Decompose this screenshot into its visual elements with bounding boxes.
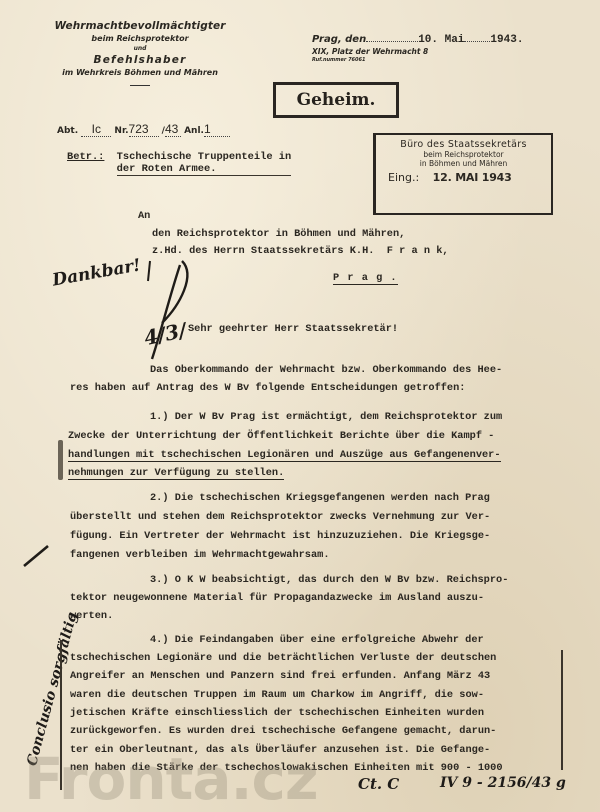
reference-line: Abt. Ic Nr.723 /43 Anl.1 (57, 122, 230, 137)
letterhead-line3: und (40, 45, 240, 52)
subject-label: Betr.: (67, 151, 104, 163)
classification-stamp: Geheim. (273, 82, 399, 118)
date-day: 10. Mai (418, 34, 464, 46)
p2-line2: überstellt und stehen dem Reichsprotekto… (70, 511, 490, 523)
subject-block: Betr.: Tschechische Truppenteile in der … (67, 151, 291, 176)
letterhead-line2: beim Reichsprotektor (40, 34, 240, 43)
ref-year: 43 (165, 122, 178, 136)
receipt-stamp: Büro des Staatssekretärs beim Reichsprot… (373, 133, 553, 215)
p2-line4: fangenen verbleiben im Wehrmachtgewahrsa… (70, 549, 330, 561)
stamp-date: 12. MAI 1943 (433, 171, 512, 184)
letterhead-line1: Wehrmachtbevollmächtigter (40, 20, 240, 32)
watermark: Fronta.cz (24, 745, 318, 812)
p3-line2: tektor neugewonnene Material für Propaga… (70, 592, 484, 604)
letterhead: Wehrmachtbevollmächtigter beim Reichspro… (40, 20, 240, 86)
right-margin-line (561, 650, 563, 770)
nr-value: 723 (129, 122, 149, 136)
p4-line3: Angreifer an Menschen und Panzern sind f… (70, 670, 490, 682)
margin-mark-bar (58, 440, 63, 480)
recipient-to: An (138, 210, 150, 222)
anl-value: 1 (204, 122, 211, 136)
abt-label: Abt. (57, 126, 78, 136)
recipient-line1: den Reichsprotektor in Böhmen und Mähren… (152, 228, 405, 240)
intro-line1: Das Oberkommando der Wehrmacht bzw. Ober… (150, 364, 502, 376)
p1-line4: nehmungen zur Verfügung zu stellen. (68, 467, 284, 480)
p4-line5: jetischen Kräfte einschliesslich der tsc… (70, 707, 484, 719)
sender-address: XIX, Platz der Wehrmacht 8 (312, 47, 523, 56)
subject-line2: der Roten Armee. (117, 163, 217, 175)
margin-tick-mark (22, 540, 52, 570)
stamp-line1: Büro des Staatssekretärs (376, 139, 551, 150)
p4-line1: 4.) Die Feindangaben über eine erfolgrei… (150, 634, 484, 646)
letterhead-line4: Befehlshaber (40, 54, 240, 66)
stamp-line3: in Böhmen und Mähren (376, 159, 551, 168)
anl-label: Anl. (184, 126, 204, 136)
nr-label: Nr. (114, 126, 128, 136)
recipient-city: P r a g . (333, 272, 398, 285)
place-date-block: Prag, den10. Mai1943. XIX, Platz der Weh… (312, 34, 523, 63)
p1-line2: Zwecke der Unterrichtung der Öffentlichk… (68, 430, 494, 442)
place-prefix: Prag, den (312, 34, 366, 45)
p1-line1: 1.) Der W Bv Prag ist ermächtigt, dem Re… (150, 411, 502, 423)
abt-value: Ic (92, 122, 101, 136)
salutation: Sehr geehrter Herr Staatssekretär! (188, 323, 398, 335)
intro-line2: res haben auf Antrag des W Bv folgende E… (70, 382, 465, 394)
p1-line3: handlungen mit tschechischen Legionären … (68, 449, 501, 462)
p4-line2: tschechischen Legionäre und die beträcht… (70, 652, 496, 664)
p4-line4: waren die deutschen Truppen im Raum um C… (70, 689, 484, 701)
classification-label: Geheim. (297, 90, 376, 110)
p3-line1: 3.) O K W beabsichtigt, das durch den W … (150, 574, 508, 586)
subject-line1: Tschechische Truppenteile in (117, 151, 292, 163)
handwritten-file-number: IV 9 - 2156/43 g (440, 775, 566, 791)
sender-phone: Ruf.nummer 76061 (312, 57, 523, 63)
handwritten-file-mark: Ct. C (358, 775, 399, 793)
p4-line6: zurückgeworfen. Es wurden drei tschechis… (70, 725, 496, 737)
letterhead-line5: im Wehrkreis Böhmen und Mähren (40, 68, 240, 77)
p2-line1: 2.) Die tschechischen Kriegsgefangenen w… (150, 492, 490, 504)
letterhead-divider (130, 85, 150, 86)
stamp-line2: beim Reichsprotektor (376, 150, 551, 159)
date-year: 1943. (490, 34, 523, 46)
p2-line3: fügung. Ein Vertreter der Wehrmacht ist … (70, 530, 490, 542)
stamp-label: Eing.: (388, 171, 419, 184)
